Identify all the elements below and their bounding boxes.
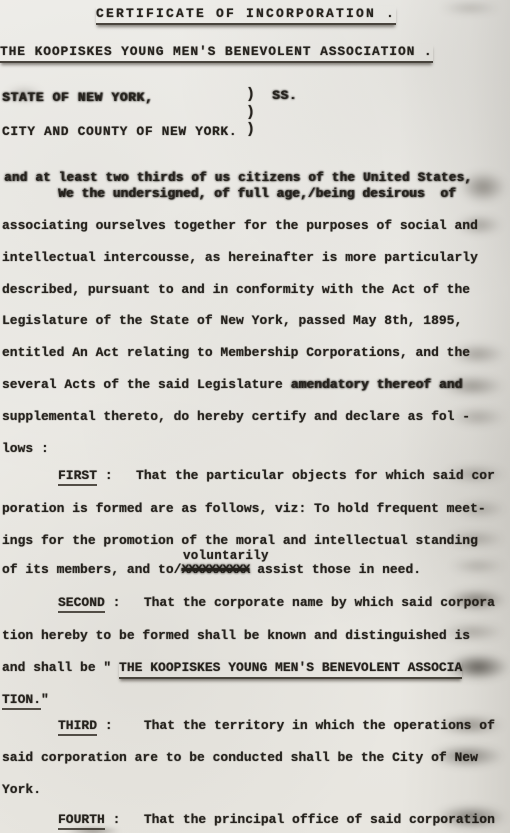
text-segment: and at least two thirds of us citizens o… — [4, 171, 472, 185]
text-segment: voluntarily — [183, 549, 269, 563]
text-segment: FOURTH — [58, 812, 105, 830]
text-segment: XXXXXXXXXX — [181, 562, 249, 577]
text-segment: of its members, and to/ — [2, 562, 181, 577]
body-line: York. — [2, 782, 41, 798]
clause-third: THIRD : That the territory in which the … — [58, 718, 495, 734]
scanned-certificate-page: CERTIFICATE OF INCORPORATION .THE KOOPIS… — [0, 0, 510, 833]
body-line: lows : — [2, 441, 49, 457]
text-segment: Legislature of the State of New York, pa… — [2, 313, 462, 328]
text-segment: several Acts of the said Legislature — [2, 377, 291, 392]
interlined-insertion: and at least two thirds of us citizens o… — [4, 170, 472, 186]
text-segment: amendatory thereof and — [291, 377, 463, 392]
text-segment: We the undersigned, of full age,/being d… — [58, 186, 456, 201]
text-segment: CERTIFICATE OF INCORPORATION . — [96, 6, 396, 25]
corporate-name-line: TION." — [2, 692, 49, 708]
text-segment: and shall be " — [2, 660, 119, 675]
text-segment: TION. — [2, 692, 41, 710]
text-segment: : That the corporate name by which said … — [105, 595, 495, 610]
text-segment: described, pursuant to and in conformity… — [2, 282, 470, 297]
text-segment: SECOND — [58, 595, 105, 613]
text-segment: ) — [246, 121, 255, 138]
text-segment: assist those in need. — [249, 562, 421, 577]
text-segment: intellectual intercousse, as hereinafter… — [2, 250, 478, 265]
text-segment: THE KOOPISKES YOUNG MEN'S BENEVOLENT ASS… — [119, 660, 462, 679]
venue-state: STATE OF NEW YORK, — [2, 90, 153, 106]
venue-ss: SS. — [272, 88, 297, 104]
text-segment: ings for the promotion of the moral and … — [2, 533, 478, 548]
text-segment: SS. — [272, 88, 297, 103]
text-segment: said corporation are to be conducted sha… — [2, 750, 478, 765]
body-line: poration is formed are as follows, viz: … — [2, 501, 486, 517]
text-segment: associating ourselves together for the p… — [2, 218, 478, 233]
text-segment: : That the principal office of said corp… — [105, 812, 495, 827]
venue-bracket-2: ) — [246, 105, 255, 121]
certificate-title: CERTIFICATE OF INCORPORATION . — [96, 6, 396, 22]
body-line: tion hereby to be formed shall be known … — [2, 628, 470, 644]
text-segment: CITY AND COUNTY OF NEW YORK. — [2, 124, 237, 139]
text-segment: ) — [246, 86, 255, 103]
clause-second: SECOND : That the corporate name by whic… — [58, 595, 495, 611]
clause-fourth: FOURTH : That the principal office of sa… — [58, 812, 495, 828]
body-line: supplemental thereto, do hereby certify … — [2, 409, 470, 425]
body-line: Legislature of the State of New York, pa… — [2, 313, 462, 329]
text-segment: : That the territory in which the operat… — [97, 718, 495, 733]
ink-smudge — [440, 556, 510, 576]
body-line: said corporation are to be conducted sha… — [2, 750, 478, 766]
text-segment: poration is formed are as follows, viz: … — [2, 501, 486, 516]
body-line: of its members, and to/XXXXXXXXXX assist… — [2, 562, 421, 578]
text-segment: ) — [246, 104, 255, 121]
body-line: intellectual intercousse, as hereinafter… — [2, 250, 478, 266]
text-segment: lows : — [2, 441, 49, 456]
text-segment: tion hereby to be formed shall be known … — [2, 628, 470, 643]
association-name-heading: THE KOOPISKES YOUNG MEN'S BENEVOLENT ASS… — [0, 44, 433, 60]
ink-smudge — [430, 0, 510, 16]
text-segment: : That the particular objects for which … — [97, 468, 495, 483]
text-segment: entitled An Act relating to Membership C… — [2, 345, 470, 360]
body-line: associating ourselves together for the p… — [2, 218, 478, 234]
venue-bracket-1: ) — [246, 87, 255, 103]
text-segment: THE KOOPISKES YOUNG MEN'S BENEVOLENT ASS… — [0, 44, 433, 63]
body-line: entitled An Act relating to Membership C… — [2, 345, 470, 361]
body-line: described, pursuant to and in conformity… — [2, 282, 470, 298]
text-segment: " — [41, 692, 49, 707]
venue-bracket-3: ) — [246, 122, 255, 138]
body-line: We the undersigned, of full age,/being d… — [58, 186, 456, 202]
body-line: ings for the promotion of the moral and … — [2, 533, 478, 549]
text-segment: STATE OF NEW YORK, — [2, 90, 153, 105]
venue-city: CITY AND COUNTY OF NEW YORK. — [2, 124, 237, 140]
text-segment: FIRST — [58, 468, 97, 486]
body-line: several Acts of the said Legislature ame… — [2, 377, 462, 393]
text-segment: supplemental thereto, do hereby certify … — [2, 409, 470, 424]
text-segment: THIRD — [58, 718, 97, 736]
clause-first: FIRST : That the particular objects for … — [58, 468, 495, 484]
text-segment: York. — [2, 782, 41, 797]
corporate-name-line: and shall be " THE KOOPISKES YOUNG MEN'S… — [2, 660, 462, 676]
